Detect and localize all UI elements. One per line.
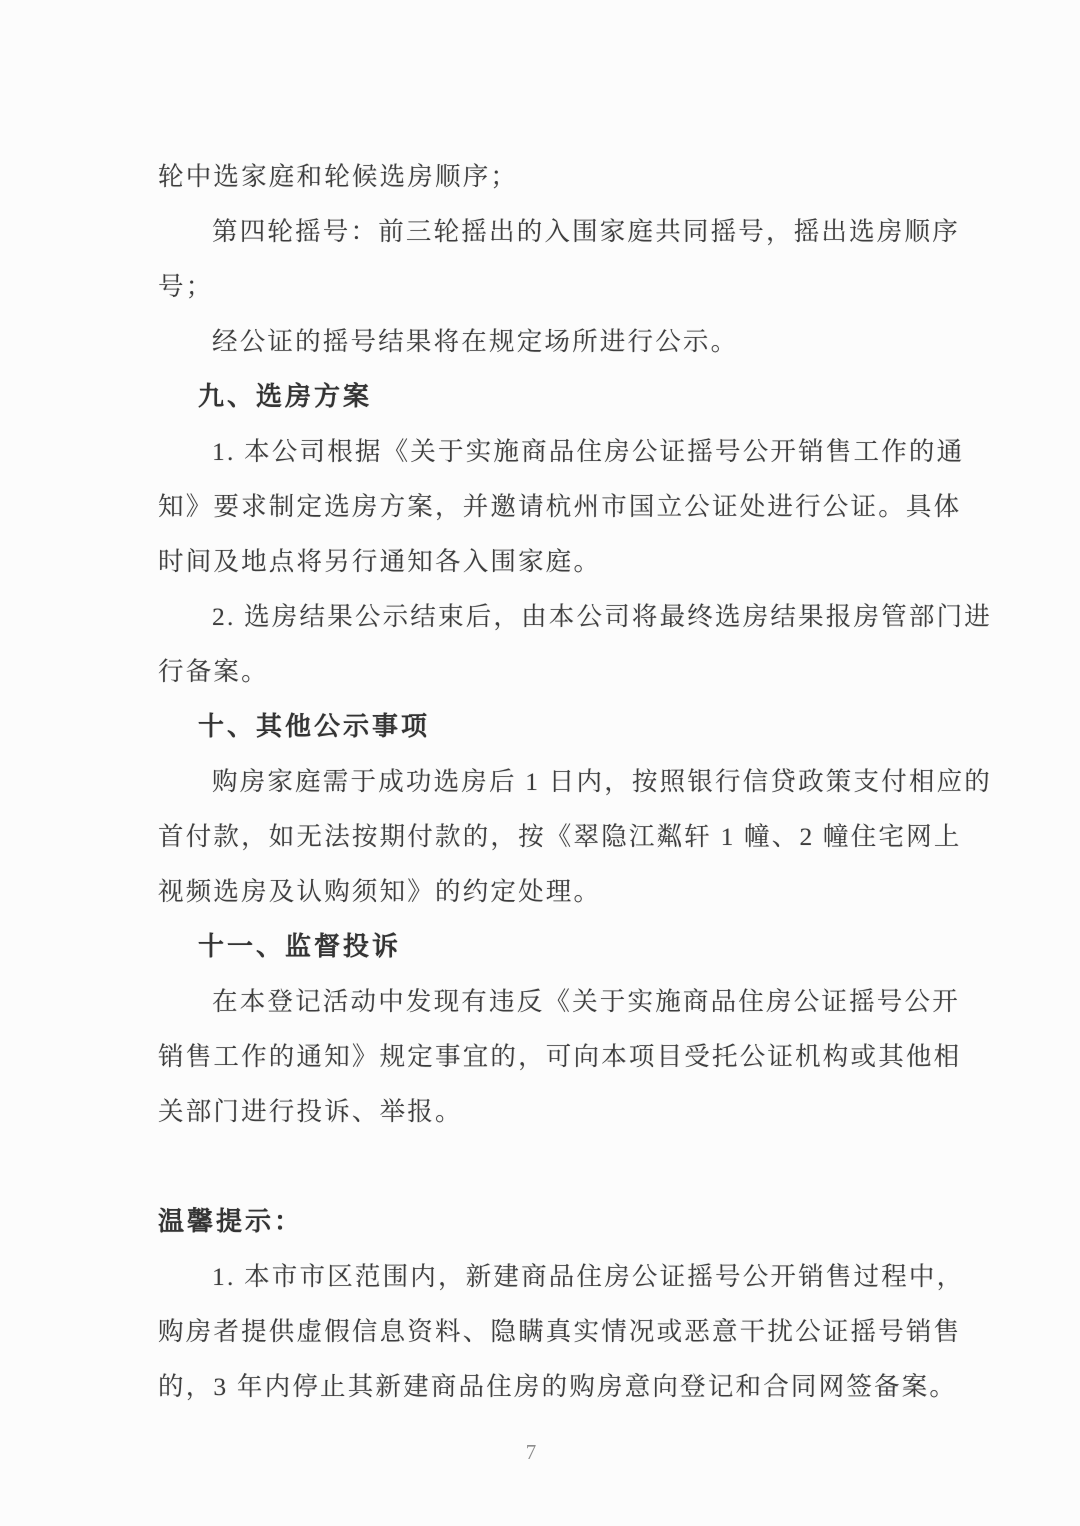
text-line: 的，3 年内停止其新建商品住房的购房意向登记和合同网签备案。 bbox=[158, 1359, 936, 1414]
text-line: 购房者提供虚假信息资料、隐瞒真实情况或恶意干扰公证摇号销售 bbox=[158, 1304, 936, 1359]
text-line: 销售工作的通知》规定事宜的，可向本项目受托公证机构或其他相 bbox=[158, 1029, 936, 1084]
text-line: 时间及地点将另行通知各入围家庭。 bbox=[158, 534, 936, 589]
section-heading: 十、其他公示事项 bbox=[158, 699, 936, 754]
text-line: 1. 本公司根据《关于实施商品住房公证摇号公开销售工作的通 bbox=[158, 424, 936, 479]
section-heading: 十一、监督投诉 bbox=[158, 919, 936, 974]
text-line: 知》要求制定选房方案，并邀请杭州市国立公证处进行公证。具体 bbox=[158, 479, 936, 534]
text-line: 轮中选家庭和轮候选房顺序； bbox=[158, 149, 936, 204]
text-line: 购房家庭需于成功选房后 1 日内，按照银行信贷政策支付相应的 bbox=[158, 754, 936, 809]
document-text-block: 轮中选家庭和轮候选房顺序；第四轮摇号：前三轮摇出的入围家庭共同摇号，摇出选房顺序… bbox=[158, 149, 936, 1414]
section-heading: 九、选房方案 bbox=[158, 369, 936, 424]
text-line: 号； bbox=[158, 259, 936, 314]
text-line: 经公证的摇号结果将在规定场所进行公示。 bbox=[158, 314, 936, 369]
document-page: 轮中选家庭和轮候选房顺序；第四轮摇号：前三轮摇出的入围家庭共同摇号，摇出选房顺序… bbox=[0, 0, 1080, 1526]
text-line: 首付款，如无法按期付款的，按《翠隐江粼轩 1 幢、2 幢住宅网上 bbox=[158, 809, 936, 864]
text-line: 第四轮摇号：前三轮摇出的入围家庭共同摇号，摇出选房顺序 bbox=[158, 204, 936, 259]
page-number: 7 bbox=[0, 1440, 1062, 1465]
text-line: 行备案。 bbox=[158, 644, 936, 699]
text-line: 视频选房及认购须知》的约定处理。 bbox=[158, 864, 936, 919]
blank-line bbox=[158, 1139, 936, 1194]
text-line: 在本登记活动中发现有违反《关于实施商品住房公证摇号公开 bbox=[158, 974, 936, 1029]
text-line: 关部门进行投诉、举报。 bbox=[158, 1084, 936, 1139]
text-line: 1. 本市市区范围内，新建商品住房公证摇号公开销售过程中， bbox=[158, 1249, 936, 1304]
text-line: 2. 选房结果公示结束后，由本公司将最终选房结果报房管部门进 bbox=[158, 589, 936, 644]
section-heading: 温馨提示： bbox=[158, 1194, 936, 1249]
